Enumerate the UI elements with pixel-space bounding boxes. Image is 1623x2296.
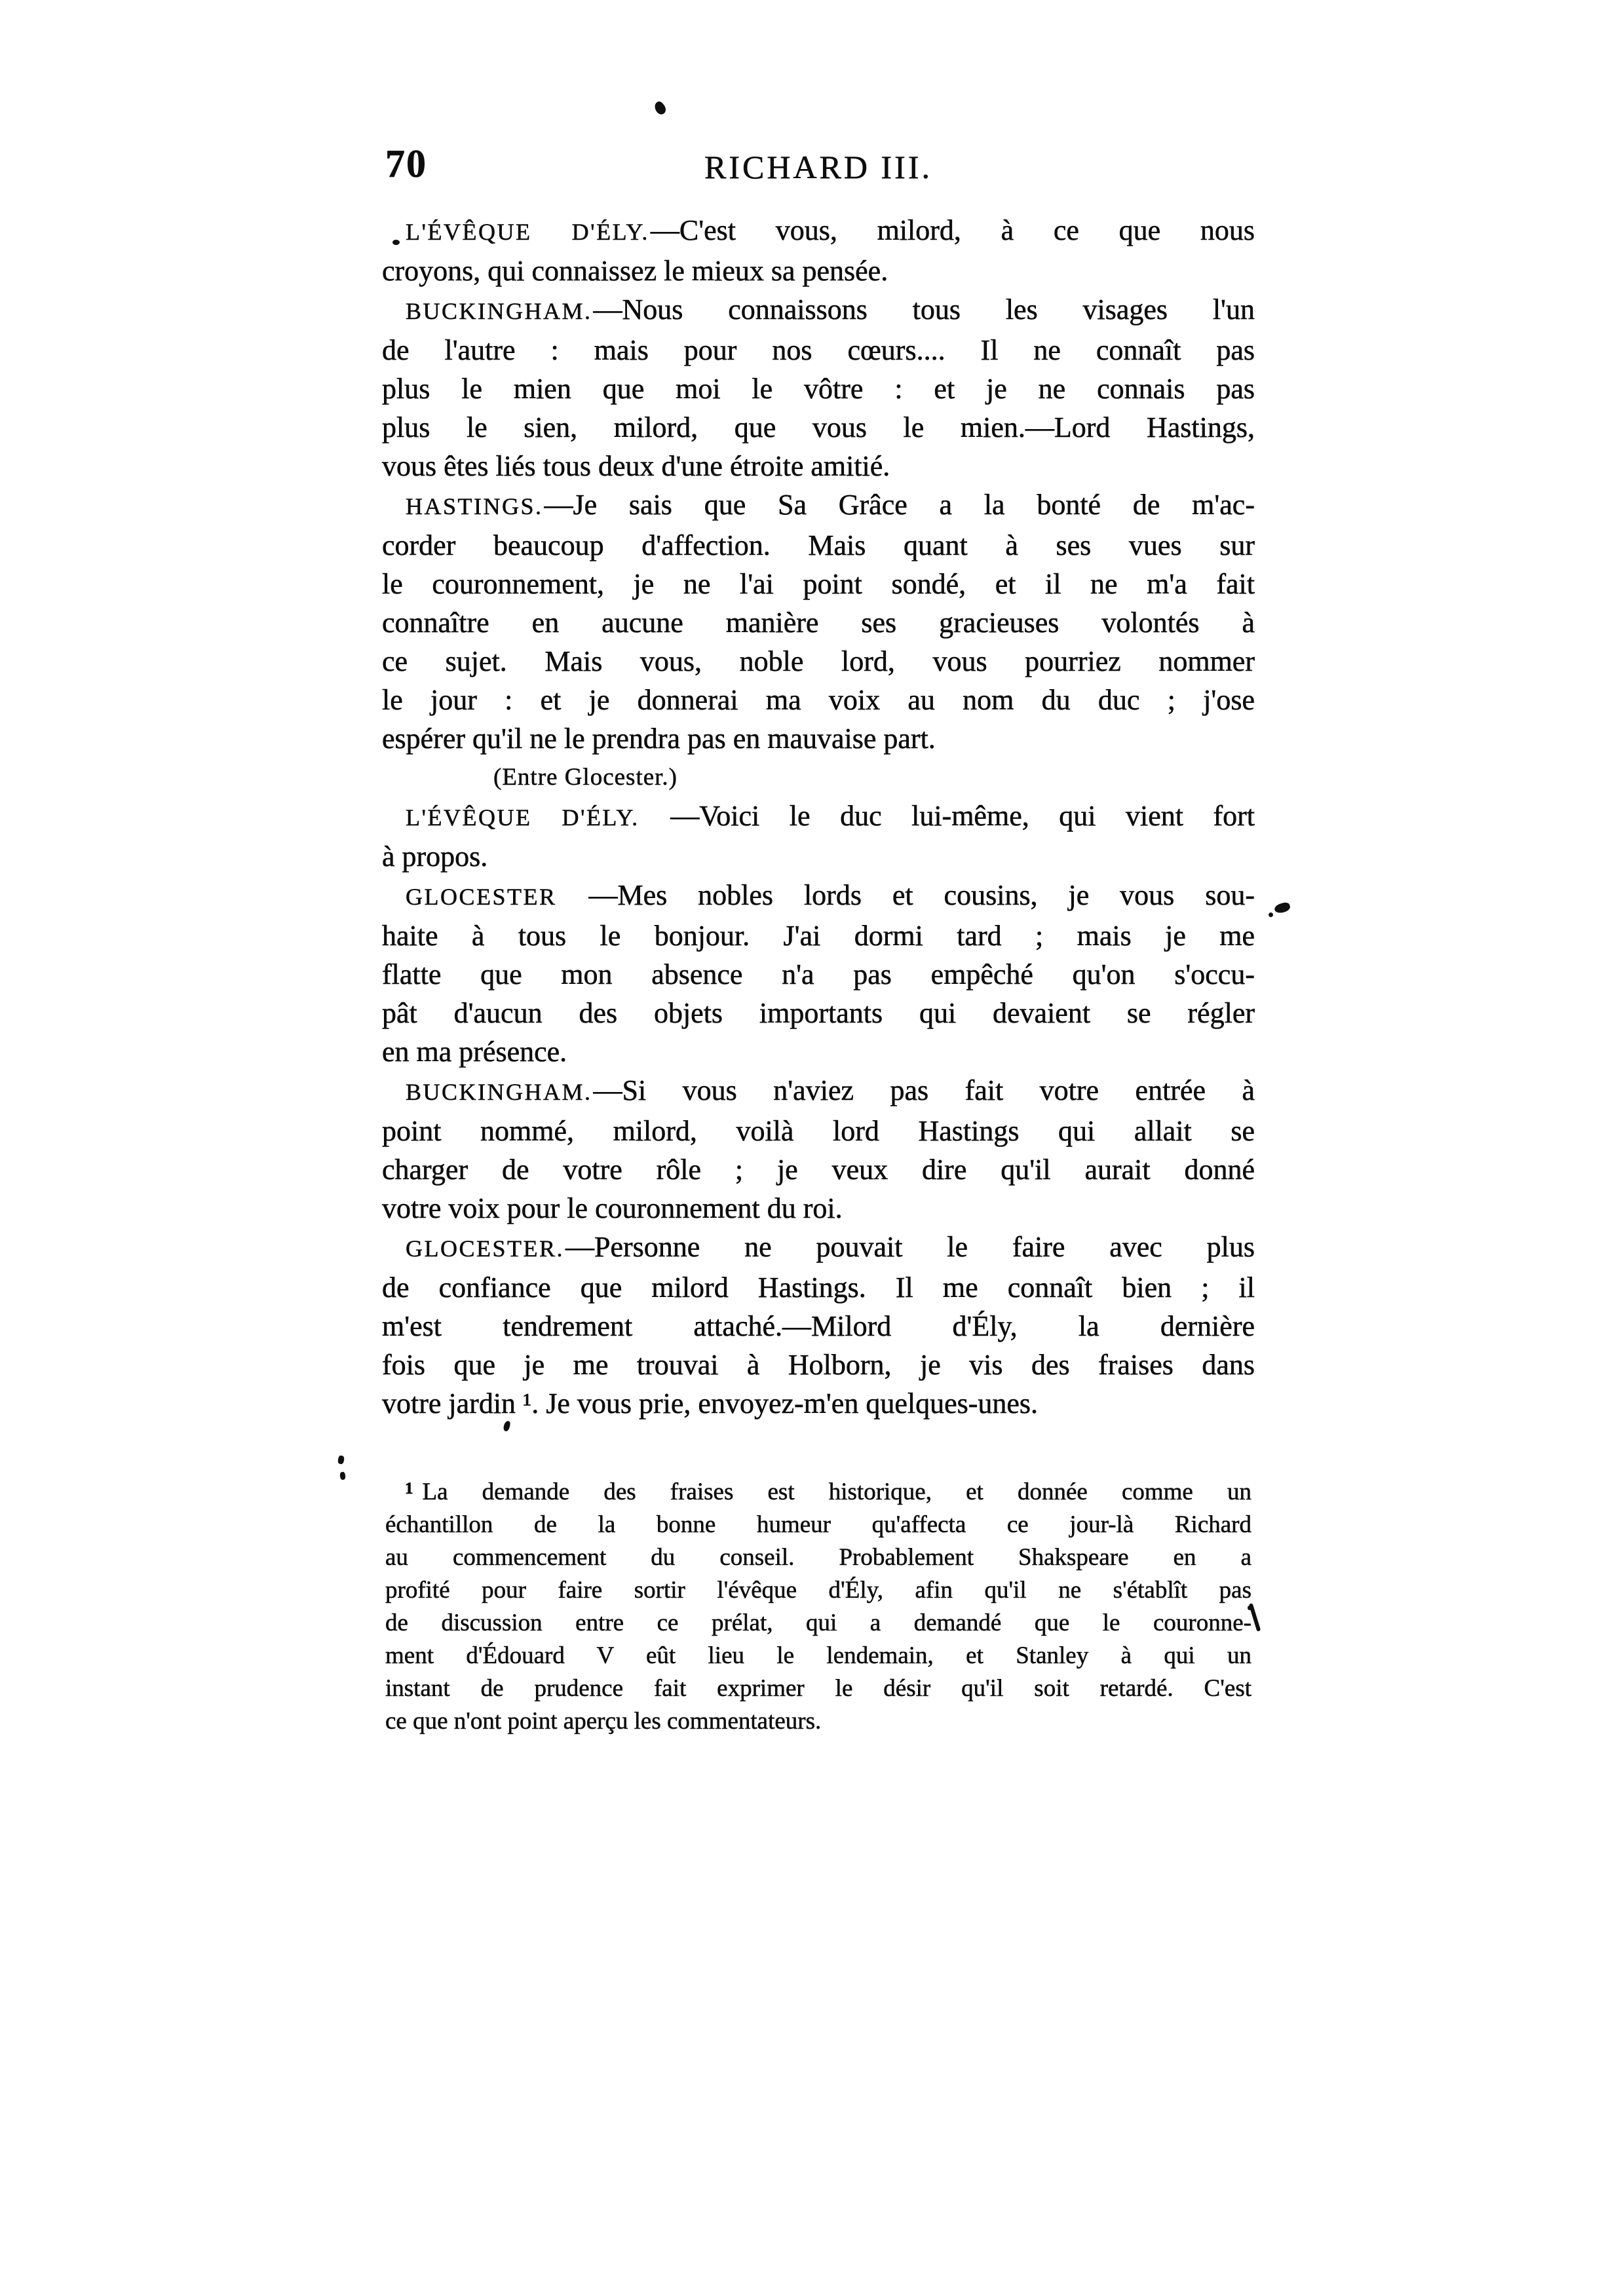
speech-line: espérer qu'il ne le prendra pas en mauva… bbox=[382, 719, 1255, 758]
speech-line: de confiance que milord Hastings. Il me … bbox=[382, 1268, 1255, 1307]
footnote-line: instant de prudence fait exprimer le dés… bbox=[385, 1672, 1251, 1705]
speech-line: m'est tendrement attaché.—Milord d'Ély, … bbox=[382, 1307, 1255, 1346]
speech-line: le couronnement, je ne l'ai point sondé,… bbox=[382, 565, 1255, 603]
speech-line: L'ÉVÊQUE D'ÉLY. —Voici le duc lui-même, … bbox=[382, 797, 1255, 837]
footnote-line: profité pour faire sortir l'évêque d'Ély… bbox=[385, 1574, 1251, 1607]
footnote: 1La demande des fraises est historique, … bbox=[385, 1473, 1251, 1738]
ink-speck-right-margin-dot bbox=[1269, 913, 1273, 917]
footnote-line: ce que n'ont point aperçu les commentate… bbox=[385, 1705, 1251, 1738]
speaker-name: BUCKINGHAM. bbox=[406, 1079, 592, 1105]
speech-line: GLOCESTER.—Personne ne pouvait le faire … bbox=[382, 1228, 1255, 1268]
text-block: L'ÉVÊQUE D'ÉLY.—C'est vous, milord, à ce… bbox=[382, 211, 1255, 1423]
ink-speck-right-margin bbox=[1274, 901, 1291, 914]
speech-line: votre voix pour le couronnement du roi. bbox=[382, 1189, 1255, 1228]
ink-speck-left-margin-bottom bbox=[339, 1472, 345, 1480]
speech-line: fois que je me trouvai à Holborn, je vis… bbox=[382, 1346, 1255, 1384]
speech-line: de l'autre : mais pour nos cœurs.... Il … bbox=[382, 331, 1255, 369]
speech-line: en ma présence. bbox=[382, 1032, 1255, 1071]
speech-line: le jour : et je donnerai ma voix au nom … bbox=[382, 681, 1255, 719]
speech-line: votre jardin ¹. Je vous prie, envoyez-m'… bbox=[382, 1384, 1255, 1423]
speaker-name: HASTINGS. bbox=[406, 493, 543, 519]
speech-line: croyons, qui connaissez le mieux sa pens… bbox=[382, 252, 1255, 290]
footnote-line: 1La demande des fraises est historique, … bbox=[385, 1473, 1251, 1509]
ink-speck-left-margin-top bbox=[337, 1455, 345, 1464]
speech-line: vous êtes liés tous deux d'une étroite a… bbox=[382, 447, 1255, 485]
speaker-name: BUCKINGHAM. bbox=[406, 298, 592, 324]
speaker-name: L'ÉVÊQUE D'ÉLY. bbox=[406, 804, 640, 831]
stage-direction: (Entre Glocester.) bbox=[382, 758, 1255, 797]
ink-speck-header bbox=[652, 100, 668, 117]
speaker-name: GLOCESTER. bbox=[406, 1235, 564, 1262]
speech-line: BUCKINGHAM.—Nous connaissons tous les vi… bbox=[382, 290, 1255, 331]
speech-line: corder beaucoup d'affection. Mais quant … bbox=[382, 526, 1255, 565]
running-title: RICHARD III. bbox=[382, 148, 1255, 186]
footnote-line: de discussion entre ce prélat, qui a dem… bbox=[385, 1607, 1251, 1640]
speech-line: ce sujet. Mais vous, noble lord, vous po… bbox=[382, 642, 1255, 681]
speech-line: connaître en aucune manière ses gracieus… bbox=[382, 603, 1255, 642]
footnote-line: ment d'Édouard V eût lieu le lendemain, … bbox=[385, 1640, 1251, 1672]
footnote-line: au commencement du conseil. Probablement… bbox=[385, 1541, 1251, 1574]
speech-line: GLOCESTER —Mes nobles lords et cousins, … bbox=[382, 876, 1255, 916]
speech-line: BUCKINGHAM.—Si vous n'aviez pas fait vot… bbox=[382, 1071, 1255, 1112]
speech-line: plus le sien, milord, que vous le mien.—… bbox=[382, 408, 1255, 447]
footnote-marker: 1 bbox=[405, 1480, 413, 1497]
footnote-line: échantillon de la bonne humeur qu'affect… bbox=[385, 1509, 1251, 1541]
speaker-name: GLOCESTER bbox=[406, 884, 557, 910]
speech-line: point nommé, milord, voilà lord Hastings… bbox=[382, 1112, 1255, 1150]
book-page: 70 RICHARD III. L'ÉVÊQUE D'ÉLY.—C'est vo… bbox=[0, 0, 1623, 2296]
speech-line: à propos. bbox=[382, 837, 1255, 876]
speech-line: HASTINGS.—Je sais que Sa Grâce a la bont… bbox=[382, 485, 1255, 526]
speech-line: charger de votre rôle ; je veux dire qu'… bbox=[382, 1150, 1255, 1189]
speech-line: pât d'aucun des objets importants qui de… bbox=[382, 994, 1255, 1032]
speech-line: haite à tous le bonjour. J'ai dormi tard… bbox=[382, 916, 1255, 955]
speech-line: plus le mien que moi le vôtre : et je ne… bbox=[382, 369, 1255, 408]
speech-line: flatte que mon absence n'a pas empêché q… bbox=[382, 955, 1255, 994]
speaker-name: L'ÉVÊQUE D'ÉLY. bbox=[406, 219, 649, 245]
speech-line: L'ÉVÊQUE D'ÉLY.—C'est vous, milord, à ce… bbox=[382, 211, 1255, 252]
